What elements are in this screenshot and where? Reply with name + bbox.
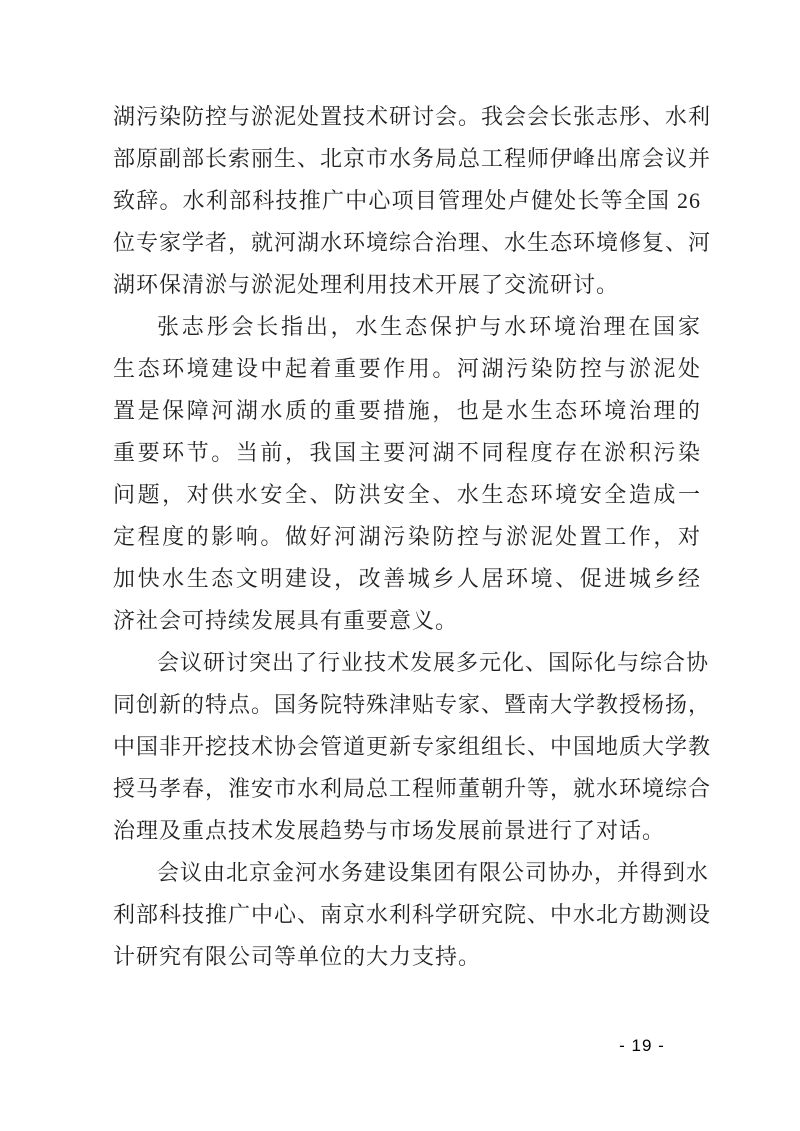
- text-line: 湖环保清淤与淤泥处理利用技术开展了交流研讨。: [113, 264, 701, 306]
- text-line: 部原副部长索丽生、北京市水务局总工程师伊峰出席会议并: [113, 138, 701, 180]
- text-line: 济社会可持续发展具有重要意义。: [113, 600, 701, 642]
- text-line: 湖污染防控与淤泥处置技术研讨会。我会会长张志彤、水利: [113, 96, 701, 138]
- text-line: 计研究有限公司等单位的大力支持。: [113, 936, 701, 978]
- text-line: 生态环境建设中起着重要作用。河湖污染防控与淤泥处: [113, 348, 701, 390]
- document-page: 湖污染防控与淤泥处置技术研讨会。我会会长张志彤、水利部原副部长索丽生、北京市水务…: [0, 0, 800, 1131]
- text-line: 利部科技推广中心、南京水利科学研究院、中水北方勘测设: [113, 894, 701, 936]
- text-line: 加快水生态文明建设，改善城乡人居环境、促进城乡经: [113, 558, 701, 600]
- paragraph: 会议由北京金河水务建设集团有限公司协办，并得到水利部科技推广中心、南京水利科学研…: [113, 852, 701, 978]
- paragraph: 湖污染防控与淤泥处置技术研讨会。我会会长张志彤、水利部原副部长索丽生、北京市水务…: [113, 96, 701, 306]
- document-body: 湖污染防控与淤泥处置技术研讨会。我会会长张志彤、水利部原副部长索丽生、北京市水务…: [113, 96, 701, 978]
- text-line: 同创新的特点。国务院特殊津贴专家、暨南大学教授杨扬，: [113, 684, 701, 726]
- text-line: 定程度的影响。做好河湖污染防控与淤泥处置工作，对: [113, 516, 701, 558]
- text-line: 治理及重点技术发展趋势与市场发展前景进行了对话。: [113, 810, 701, 852]
- paragraph: 张志彤会长指出，水生态保护与水环境治理在国家生态环境建设中起着重要作用。河湖污染…: [113, 306, 701, 642]
- text-line: 会议研讨突出了行业技术发展多元化、国际化与综合协: [113, 642, 701, 684]
- text-line: 中国非开挖技术协会管道更新专家组组长、中国地质大学教: [113, 726, 701, 768]
- page-number: - 19 -: [592, 1036, 692, 1056]
- text-line: 会议由北京金河水务建设集团有限公司协办，并得到水: [113, 852, 701, 894]
- text-line: 张志彤会长指出，水生态保护与水环境治理在国家: [113, 306, 701, 348]
- text-line: 问题，对供水安全、防洪安全、水生态环境安全造成一: [113, 474, 701, 516]
- text-line: 致辞。水利部科技推广中心项目管理处卢健处长等全国 26: [113, 180, 701, 222]
- paragraph: 会议研讨突出了行业技术发展多元化、国际化与综合协同创新的特点。国务院特殊津贴专家…: [113, 642, 701, 852]
- text-line: 置是保障河湖水质的重要措施，也是水生态环境治理的: [113, 390, 701, 432]
- text-line: 位专家学者，就河湖水环境综合治理、水生态环境修复、河: [113, 222, 701, 264]
- text-line: 重要环节。当前，我国主要河湖不同程度存在淤积污染: [113, 432, 701, 474]
- text-line: 授马孝春，淮安市水利局总工程师董朝升等，就水环境综合: [113, 768, 701, 810]
